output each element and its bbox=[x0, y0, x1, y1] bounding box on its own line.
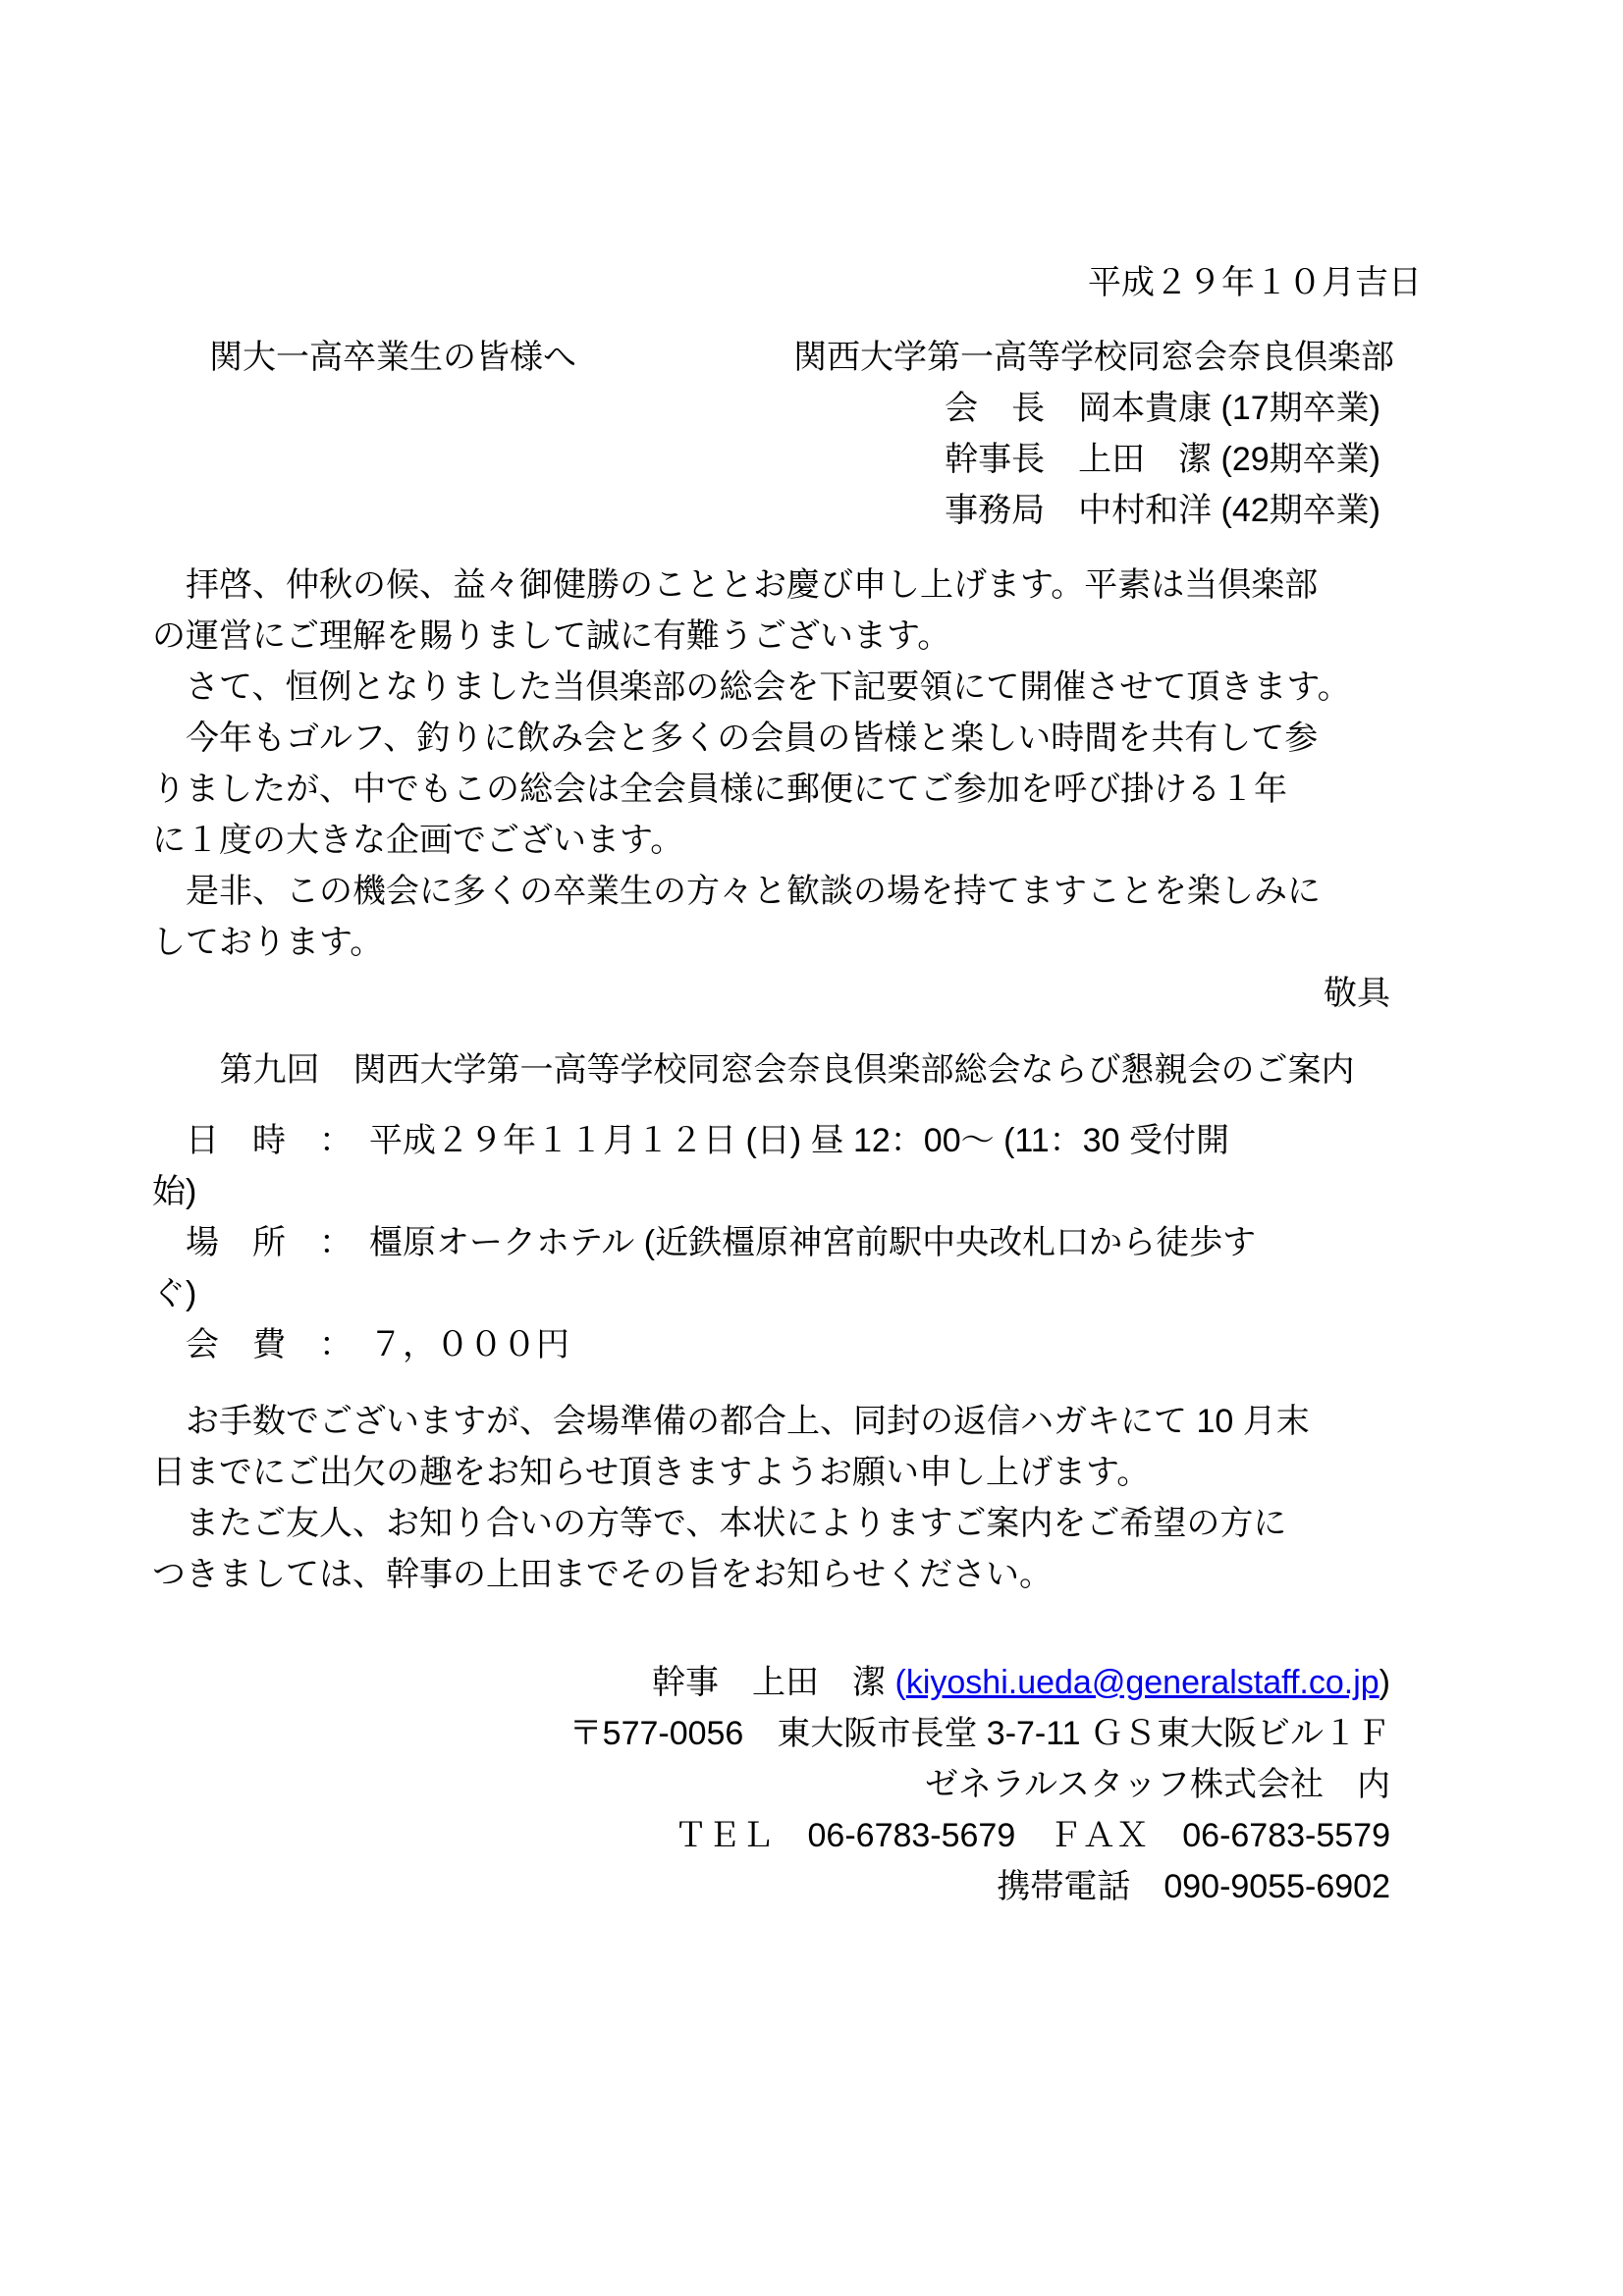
event-heading: 第九回 関西大学第一高等学校同窓会奈良倶楽部総会ならび懇親会のご案内 bbox=[152, 1044, 1422, 1095]
event-venue-line: 場 所 ： 橿原オークホテル (近鉄橿原神宮前駅中央改札口から徒歩す ぐ) bbox=[152, 1217, 1422, 1319]
officer-list: 会 長 岡本貴康 (17期卒業) 幹事長 上田 潔 (29期卒業) 事務局 中村… bbox=[152, 383, 1422, 536]
addressee-row: 関大一高卒業生の皆様へ 関西大学第一高等学校同窓会奈良倶楽部 bbox=[152, 332, 1422, 383]
event-fee-line: 会 費 ： ７，０００円 bbox=[152, 1319, 1422, 1370]
officer-line-secretary-general: 幹事長 上田 潔 (29期卒業) bbox=[152, 434, 1380, 485]
email-close-paren: ) bbox=[1380, 1664, 1390, 1701]
activities-paragraph: 今年もゴルフ、釣りに飲み会と多くの会員の皆様と楽しい時間を共有して参 りましたが… bbox=[152, 713, 1422, 866]
contact-manager-line: 幹事 上田 潔 (kiyoshi.ueda@generalstaff.co.jp… bbox=[152, 1657, 1390, 1708]
event-datetime-line: 日 時 ： 平成２９年１１月１２日 (日) 昼 12：00～ (11：30 受付… bbox=[152, 1115, 1422, 1217]
contact-address-line: 〒577-0056 東大阪市長堂 3-7-11 ＧＳ東大阪ビル１Ｆ bbox=[152, 1708, 1390, 1759]
sender-organization: 関西大学第一高等学校同窓会奈良倶楽部 bbox=[793, 332, 1394, 383]
email-link[interactable]: kiyoshi.ueda@generalstaff.co.jp bbox=[906, 1664, 1380, 1701]
officer-line-office: 事務局 中村和洋 (42期卒業) bbox=[152, 485, 1380, 536]
contact-company-line: ゼネラルスタッフ株式会社 内 bbox=[152, 1759, 1390, 1810]
letter-page: 平成２９年１０月吉日 関大一高卒業生の皆様へ 関西大学第一高等学校同窓会奈良倶楽… bbox=[0, 0, 1623, 2296]
event-details: 日 時 ： 平成２９年１１月１２日 (日) 昼 12：00～ (11：30 受付… bbox=[152, 1115, 1422, 1370]
officer-line-president: 会 長 岡本貴康 (17期卒業) bbox=[152, 383, 1380, 434]
hope-paragraph: 是非、この機会に多くの卒業生の方々と歓談の場を持てますことを楽しみに しておりま… bbox=[152, 866, 1422, 968]
announcement-paragraph: さて、恒例となりました当倶楽部の総会を下記要領にて開催させて頂きます。 bbox=[152, 662, 1422, 713]
contact-block: 幹事 上田 潔 (kiyoshi.ueda@generalstaff.co.jp… bbox=[152, 1657, 1422, 1912]
greeting-paragraph: 拝啓、仲秋の候、益々御健勝のこととお慶び申し上げます。平素は当倶楽部 の運営にご… bbox=[152, 560, 1422, 662]
contact-mobile-line: 携帯電話 090-9055-6902 bbox=[152, 1861, 1390, 1912]
closing-word: 敬具 bbox=[152, 968, 1422, 1019]
email-open-paren: ( bbox=[895, 1664, 906, 1701]
rsvp-paragraph: お手数でございますが、会場準備の都合上、同封の返信ハガキにて 10 月末 日まで… bbox=[152, 1396, 1422, 1600]
letter-date: 平成２９年１０月吉日 bbox=[152, 257, 1422, 308]
contact-manager-label: 幹事 上田 潔 bbox=[652, 1664, 894, 1701]
contact-tel-fax-line: ＴＥＬ 06-6783-5679 ＦＡＸ 06-6783-5579 bbox=[152, 1810, 1390, 1861]
addressee: 関大一高卒業生の皆様へ bbox=[209, 332, 576, 383]
